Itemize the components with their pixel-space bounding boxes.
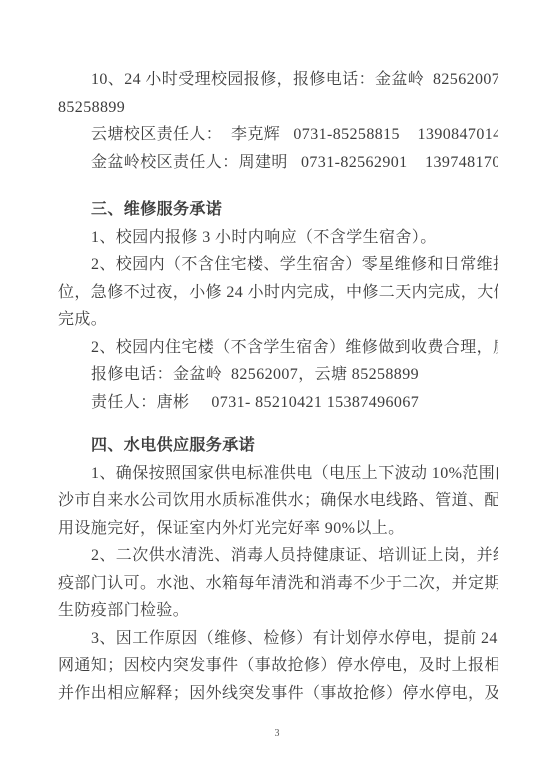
text-line: 疫部门认可。水池、水箱每年清洗和消毒不少于二次，并定期接受卫 [58, 570, 498, 598]
text-line: 1、确保按照国家供电标准供电（电压上下波动 10%范围内）和长 [58, 460, 498, 488]
text-line-yuntang-contact: 云塘校区责任人： 李克辉 0731-85258815 13908470141 [58, 121, 498, 149]
section-3-heading: 三、维修服务承诺 [58, 196, 498, 224]
text-line-hotline-continued: 85258899 [58, 94, 498, 122]
text-line: 网通知；因校内突发事件（事故抢修）停水停电，及时上报相关部门， [58, 652, 498, 680]
text-line: 1、校园内报修 3 小时内响应（不含学生宿舍）。 [58, 224, 498, 252]
text-line: 2、二次供水清洗、消毒人员持健康证、培训证上岗，并经卫生防 [58, 542, 498, 570]
text-line-responsible-person: 责任人：唐彬 0731- 85210421 15387496067 [58, 389, 498, 417]
page-number: 3 [0, 728, 554, 739]
text-line: 位，急修不过夜，小修 24 小时内完成，中修二天内完成，大修按合同 [58, 279, 498, 307]
text-line: 2、校园内住宅楼（不含学生宿舍）维修做到收费合理，质量可靠。 [58, 334, 498, 362]
document-page: 10、24 小时受理校园报修，报修电话：金盆岭 82562007，云塘 8525… [0, 0, 554, 783]
text-line: 完成。 [58, 306, 498, 334]
text-line: 沙市自来水公司饮用水质标准供水；确保水电线路、管道、配套及备 [58, 487, 498, 515]
text-line-repair-phone: 报修电话：金盆岭 82562007，云塘 85258899 [58, 361, 498, 389]
blank-line [58, 416, 498, 432]
text-line-jinpenling-contact: 金盆岭校区责任人：周建明 0731-82562901 13974817059 [58, 149, 498, 177]
text-line: 生防疫部门检验。 [58, 597, 498, 625]
section-4-heading: 四、水电供应服务承诺 [58, 432, 498, 460]
text-line: 2、校园内（不含住宅楼、学生宿舍）零星维修和日常维护及时到 [58, 251, 498, 279]
text-line: 用设施完好，保证室内外灯光完好率 90%以上。 [58, 515, 498, 543]
text-line: 并作出相应解释；因外线突发事件（事故抢修）停水停电，及时与水、 [58, 680, 498, 708]
text-line-repair-hotline: 10、24 小时受理校园报修，报修电话：金盆岭 82562007，云塘 [58, 66, 498, 94]
text-line: 3、因工作原因（维修、检修）有计划停水停电，提前 24 小时挂 [58, 625, 498, 653]
blank-line [58, 176, 498, 196]
